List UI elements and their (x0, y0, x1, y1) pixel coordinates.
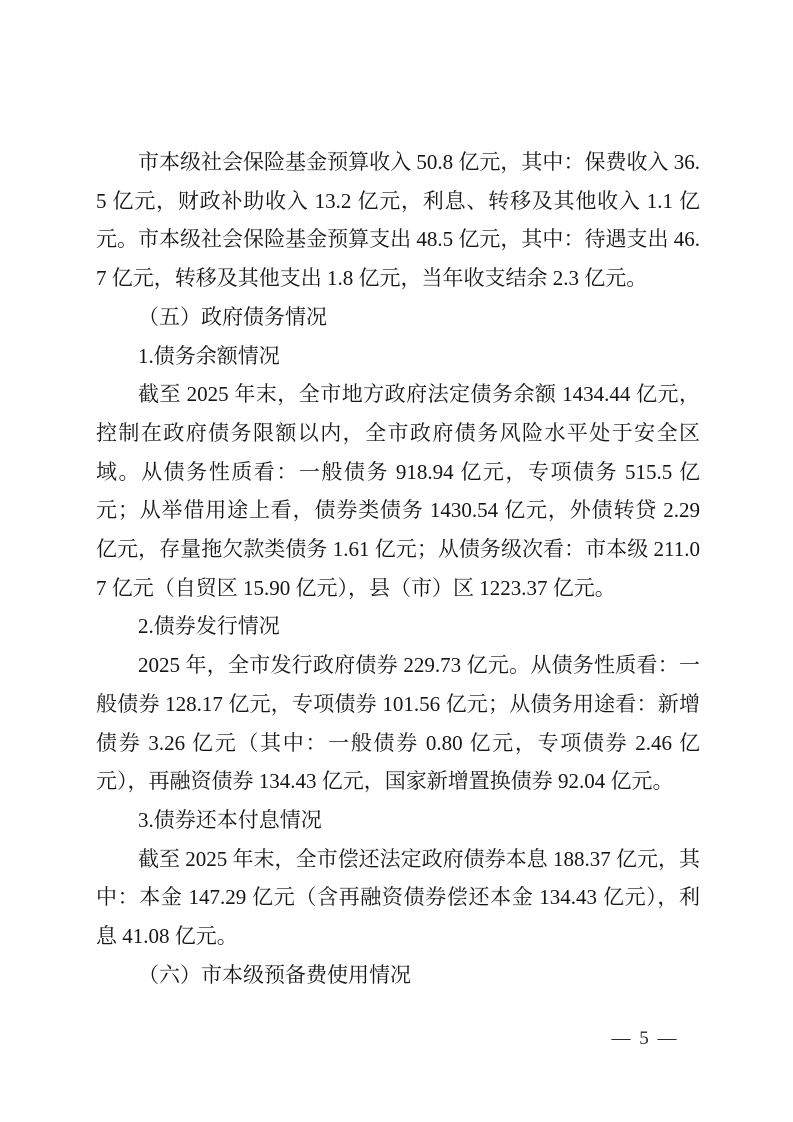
document-page: 市本级社会保险基金预算收入 50.8 亿元，其中：保费收入 36.5 亿元，财政… (0, 0, 793, 1122)
paragraph-social-insurance-fund: 市本级社会保险基金预算收入 50.8 亿元，其中：保费收入 36.5 亿元，财政… (96, 143, 700, 298)
paragraph-bond-issuance: 2025 年，全市发行政府债券 229.73 亿元。从债务性质看：一般债券 12… (96, 646, 700, 801)
heading-bond-debt-service: 3.债券还本付息情况 (96, 801, 700, 840)
heading-debt-balance: 1.债务余额情况 (96, 337, 700, 376)
heading-bond-issuance: 2.债券发行情况 (96, 607, 700, 646)
heading-section-6-reserve-funds: （六）市本级预备费使用情况 (96, 956, 700, 995)
paragraph-debt-balance: 截至 2025 年末，全市地方政府法定债务余额 1434.44 亿元，控制在政府… (96, 375, 700, 607)
paragraph-bond-debt-service: 截至 2025 年末，全市偿还法定政府债券本息 188.37 亿元，其中：本金 … (96, 840, 700, 956)
document-body: 市本级社会保险基金预算收入 50.8 亿元，其中：保费收入 36.5 亿元，财政… (96, 143, 700, 994)
heading-section-5-government-debt: （五）政府债务情况 (96, 298, 700, 337)
page-number: — 5 — (595, 1028, 695, 1050)
